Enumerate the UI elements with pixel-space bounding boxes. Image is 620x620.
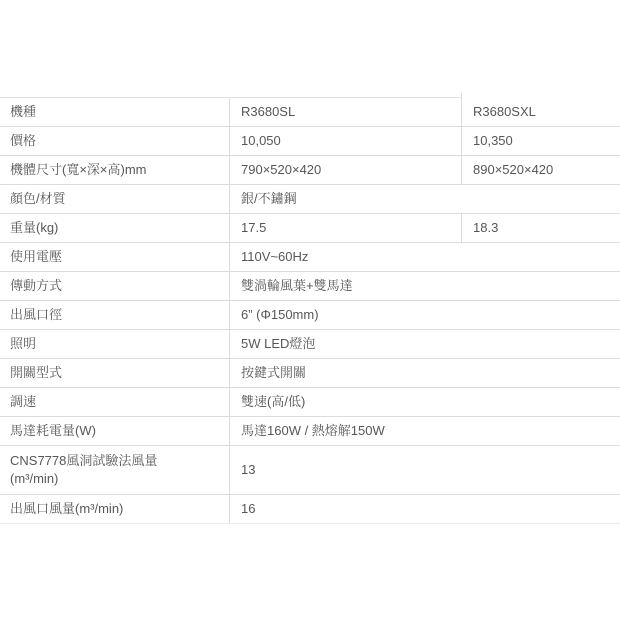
spec-label: 重量(kg)	[10, 219, 58, 237]
spec-label-cell: CNS7778風洞試驗法風量(m³/min)	[0, 446, 229, 494]
spec-table: 機種R3680SLR3680SXL價格10,05010,350機體尺寸(寬×深×…	[0, 97, 620, 524]
spec-value: 790×520×420	[241, 161, 321, 179]
spec-label: 機體尺寸(寬×深×高)mm	[10, 161, 147, 179]
spec-row: 重量(kg)17.518.3	[0, 214, 620, 243]
spec-row: 傳動方式雙渦輪風葉+雙馬達	[0, 272, 620, 301]
spec-label-cell: 顏色/材質	[0, 185, 229, 213]
spec-value: 890×520×420	[473, 161, 553, 179]
spec-label-cell: 機體尺寸(寬×深×高)mm	[0, 156, 229, 184]
spec-value: 10,050	[241, 132, 281, 150]
spec-label-line1: 開關型式	[10, 364, 62, 382]
spec-value: R3680SXL	[473, 103, 536, 121]
spec-label-line1: 機種	[10, 103, 36, 121]
spec-label-line1: 使用電壓	[10, 248, 62, 266]
spec-value: 10,350	[473, 132, 513, 150]
spec-value-cell: R3680SL	[229, 98, 461, 126]
spec-row: 使用電壓110V~60Hz	[0, 243, 620, 272]
spec-value-cell: 雙速(高/低)	[229, 388, 620, 416]
spec-value: 按鍵式開關	[241, 364, 306, 382]
spec-row: 機種R3680SLR3680SXL	[0, 98, 620, 127]
spec-label-cell: 使用電壓	[0, 243, 229, 271]
spec-label-cell: 機種	[0, 98, 229, 126]
spec-value-cell: 10,350	[461, 127, 620, 155]
spec-value: 110V~60Hz	[241, 248, 308, 266]
spec-value: 馬達160W / 熱熔解150W	[241, 422, 385, 440]
spec-label-cell: 調速	[0, 388, 229, 416]
spec-label-cell: 出風口徑	[0, 301, 229, 329]
spec-value: 13	[241, 461, 255, 479]
spec-label-line1: 機體尺寸(寬×深×高)mm	[10, 161, 147, 179]
spec-label-cell: 馬達耗電量(W)	[0, 417, 229, 445]
spec-label-cell: 出風口風量(m³/min)	[0, 495, 229, 523]
spec-value: 銀/不鏽鋼	[241, 190, 297, 208]
spec-row: 馬達耗電量(W)馬達160W / 熱熔解150W	[0, 417, 620, 446]
spec-value-cell: 890×520×420	[461, 156, 620, 184]
spec-label-line1: 出風口徑	[10, 306, 62, 324]
spec-label-cell: 傳動方式	[0, 272, 229, 300]
spec-label: 開關型式	[10, 364, 62, 382]
spec-value-cell: 雙渦輪風葉+雙馬達	[229, 272, 620, 300]
spec-value: 雙渦輪風葉+雙馬達	[241, 277, 353, 295]
spec-label-cell: 價格	[0, 127, 229, 155]
spec-value-cell: 790×520×420	[229, 156, 461, 184]
spec-label: 使用電壓	[10, 248, 62, 266]
spec-label-cell: 開關型式	[0, 359, 229, 387]
spec-value-cell: 6” (Φ150mm)	[229, 301, 620, 329]
spec-value: 雙速(高/低)	[241, 393, 305, 411]
spec-label: 照明	[10, 335, 36, 353]
spec-label-line1: CNS7778風洞試驗法風量	[10, 452, 157, 470]
spec-value-cell: 銀/不鏽鋼	[229, 185, 620, 213]
spec-rows: 機種R3680SLR3680SXL價格10,05010,350機體尺寸(寬×深×…	[0, 97, 620, 524]
spec-value-cell: 馬達160W / 熱熔解150W	[229, 417, 620, 445]
spec-label-line1: 顏色/材質	[10, 190, 66, 208]
spec-label: 顏色/材質	[10, 190, 66, 208]
spec-row: CNS7778風洞試驗法風量(m³/min)13	[0, 446, 620, 495]
spec-value-cell: 5W LED燈泡	[229, 330, 620, 358]
spec-row: 出風口徑6” (Φ150mm)	[0, 301, 620, 330]
spec-row: 調速雙速(高/低)	[0, 388, 620, 417]
spec-label: 馬達耗電量(W)	[10, 422, 96, 440]
spec-row: 出風口風量(m³/min)16	[0, 495, 620, 524]
spec-value: R3680SL	[241, 103, 295, 121]
spec-label-line1: 價格	[10, 132, 36, 150]
spec-value-cell: 按鍵式開關	[229, 359, 620, 387]
spec-value-cell: 13	[229, 446, 620, 494]
spec-value: 5W LED燈泡	[241, 335, 315, 353]
spec-label-cell: 重量(kg)	[0, 214, 229, 242]
spec-label: 機種	[10, 103, 36, 121]
spec-value: 6” (Φ150mm)	[241, 306, 319, 324]
spec-label: 傳動方式	[10, 277, 62, 295]
spec-label: 出風口風量(m³/min)	[10, 500, 123, 518]
spec-label-line1: 出風口風量(m³/min)	[10, 500, 123, 518]
spec-row: 開關型式按鍵式開關	[0, 359, 620, 388]
spec-label-line1: 調速	[10, 393, 36, 411]
spec-value: 16	[241, 500, 255, 518]
spec-value-cell: R3680SXL	[461, 98, 620, 126]
spec-value: 18.3	[473, 219, 498, 237]
spec-row: 價格10,05010,350	[0, 127, 620, 156]
spec-label-line1: 重量(kg)	[10, 219, 58, 237]
spec-label: CNS7778風洞試驗法風量(m³/min)	[10, 452, 157, 488]
spec-row: 顏色/材質銀/不鏽鋼	[0, 185, 620, 214]
spec-label-line1: 傳動方式	[10, 277, 62, 295]
spec-label-cell: 照明	[0, 330, 229, 358]
spec-label-line2: (m³/min)	[10, 470, 157, 488]
spec-value-cell: 16	[229, 495, 620, 523]
spec-label-line1: 馬達耗電量(W)	[10, 422, 96, 440]
spec-value-cell: 110V~60Hz	[229, 243, 620, 271]
spec-value-cell: 18.3	[461, 214, 620, 242]
spec-value-cell: 10,050	[229, 127, 461, 155]
spec-label: 價格	[10, 132, 36, 150]
spec-row: 照明5W LED燈泡	[0, 330, 620, 359]
spec-label: 調速	[10, 393, 36, 411]
spec-row: 機體尺寸(寬×深×高)mm790×520×420890×520×420	[0, 156, 620, 185]
spec-value: 17.5	[241, 219, 266, 237]
spec-label-line1: 照明	[10, 335, 36, 353]
spec-label: 出風口徑	[10, 306, 62, 324]
spec-value-cell: 17.5	[229, 214, 461, 242]
